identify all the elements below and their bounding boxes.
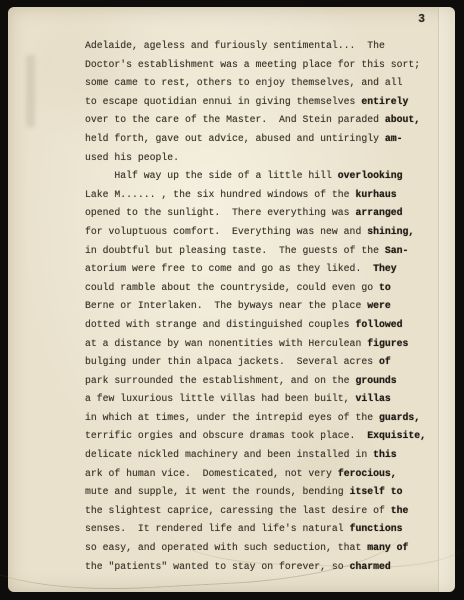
- text-line: bulging under thin alpaca jackets. Sever…: [85, 353, 431, 372]
- text-line: in doubtful but pleasing taste. The gues…: [85, 242, 431, 261]
- text-line: a few luxurious little villas had been b…: [85, 390, 431, 409]
- text-line: the "patients" wanted to stay on forever…: [85, 558, 431, 577]
- page-number: 3: [418, 13, 425, 26]
- text-line: to escape quotidian ennui in giving them…: [85, 93, 431, 112]
- text-line: so easy, and operated with such seductio…: [85, 539, 431, 558]
- text-line: opened to the sunlight. There everything…: [85, 204, 431, 223]
- paper-smudge: [26, 55, 35, 127]
- text-line: held forth, gave out advice, abused and …: [85, 130, 431, 149]
- text-line: some came to rest, others to enjoy thems…: [85, 74, 431, 93]
- typed-text: Adelaide, ageless and furiously sentimen…: [85, 37, 431, 576]
- text-line: senses. It rendered life and life's natu…: [85, 520, 431, 539]
- text-line: ark of human vice. Domesticated, not ver…: [85, 465, 431, 484]
- text-line: in which at times, under the intrepid ey…: [85, 409, 431, 428]
- text-line: Doctor's establishment was a meeting pla…: [85, 56, 431, 75]
- text-line: over to the care of the Master. And Stei…: [85, 111, 431, 130]
- text-line: Berne or Interlaken. The byways near the…: [85, 297, 431, 316]
- text-line: could ramble about the countryside, coul…: [85, 279, 431, 298]
- text-line: Half way up the side of a little hill ov…: [85, 167, 431, 186]
- text-line: used his people.: [85, 149, 431, 168]
- text-line: Adelaide, ageless and furiously sentimen…: [85, 37, 431, 56]
- text-line: at a distance by wan nonentities with He…: [85, 335, 431, 354]
- text-line: Lake M...... , the six hundred windows o…: [85, 186, 431, 205]
- manuscript-page: 3 Adelaide, ageless and furiously sentim…: [8, 7, 455, 592]
- text-line: mute and supple, it went the rounds, ben…: [85, 483, 431, 502]
- text-line: terrific orgies and obscure dramas took …: [85, 427, 431, 446]
- photo-frame: 3 Adelaide, ageless and furiously sentim…: [0, 0, 464, 600]
- text-line: the slightest caprice, caressing the las…: [85, 502, 431, 521]
- text-line: for voluptuous comfort. Everything was n…: [85, 223, 431, 242]
- text-line: park surrounded the establishment, and o…: [85, 372, 431, 391]
- text-line: delicate nickled machinery and been inst…: [85, 446, 431, 465]
- page-edge-crease: [438, 7, 455, 592]
- text-line: atorium were free to come and go as they…: [85, 260, 431, 279]
- text-line: dotted with strange and distinguished co…: [85, 316, 431, 335]
